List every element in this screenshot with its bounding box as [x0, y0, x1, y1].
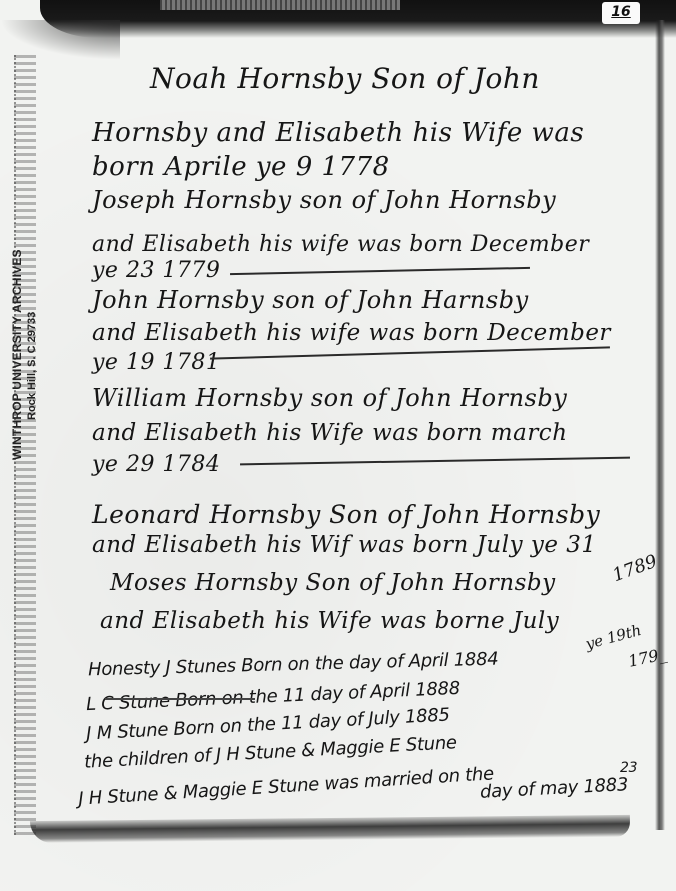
entry-line: and Elisabeth his wife was born December: [92, 232, 589, 257]
entry-line: and Elisabeth his wife was born December: [92, 320, 611, 346]
entry-line: and Elisabeth his Wife was borne July: [100, 608, 559, 634]
entry-line: Moses Hornsby Son of John Hornsby: [110, 570, 556, 596]
archive-stamp-line1: WINTHROP UNIVERSITY ARCHIVES: [10, 249, 25, 460]
entry-line: ye 29 1784: [92, 452, 220, 477]
top-speckle: [160, 0, 400, 10]
entry-line: and Elisabeth his Wife was born march: [92, 420, 568, 446]
top-shadow-fade: [0, 20, 120, 60]
entry-line: Hornsby and Elisabeth his Wife was: [92, 118, 584, 148]
page-number: 16: [602, 2, 640, 24]
archive-stamp: WINTHROP UNIVERSITY ARCHIVES Rock Hill, …: [10, 249, 40, 460]
entry-line: ye 23 1779: [92, 258, 220, 283]
entry-line: Joseph Hornsby son of John Hornsby: [92, 186, 556, 214]
entry-line: born Aprile ye 9 1778: [92, 152, 390, 182]
entry-line: ye 19 1781: [92, 350, 220, 375]
entry-line: Leonard Hornsby Son of John Hornsby: [92, 500, 600, 529]
archive-stamp-line2: Rock Hill, S. C 29733: [25, 249, 40, 460]
entry-line: John Hornsby son of John Harnsby: [92, 286, 529, 314]
entry-line: Noah Hornsby Son of John: [150, 62, 540, 95]
right-page-edge: [655, 20, 665, 830]
strike-underline: [105, 698, 255, 700]
entry-line: and Elisabeth his Wif was born July ye 3…: [92, 532, 597, 558]
entry-line: William Hornsby son of John Hornsby: [92, 384, 567, 412]
